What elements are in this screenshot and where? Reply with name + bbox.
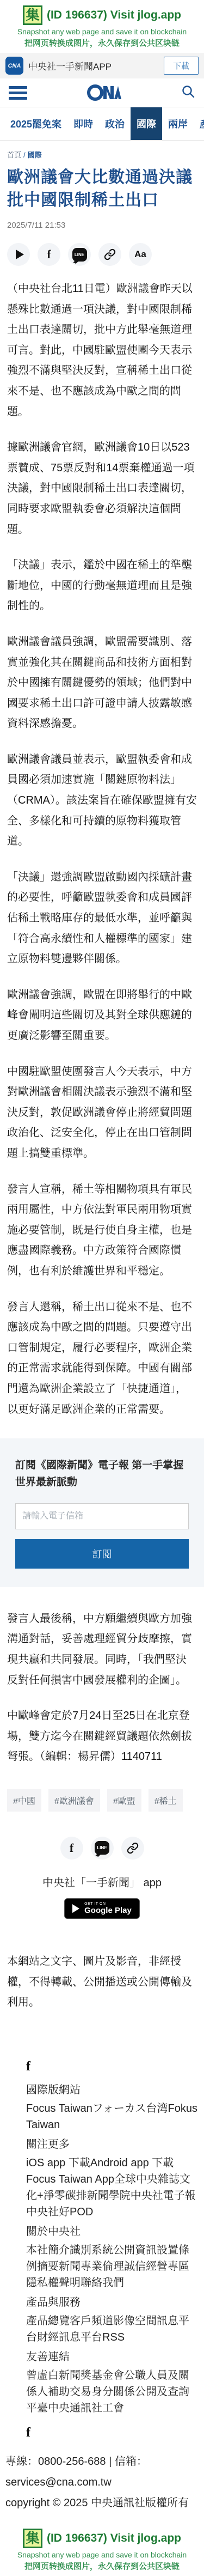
footer-section-title: 關注更多 bbox=[26, 2136, 199, 2153]
footer-link[interactable]: iOS app 下載 bbox=[26, 2157, 90, 2169]
footer-link[interactable]: Focus Taiwan bbox=[26, 2103, 92, 2115]
article-paragraph: 發言人最後稱，中方願繼續與歐方加強溝通對話，妥善處理經貿分歧摩擦，實現共贏和共同… bbox=[7, 1609, 197, 1691]
breadcrumb: 首頁/國際 bbox=[0, 141, 204, 160]
facebook-icon: f bbox=[70, 1841, 73, 1855]
newsletter-title: 訂閱《國際新聞》電子報 第一手掌握世界最新脈動 bbox=[15, 1457, 189, 1491]
nav-item-business[interactable]: 產經 bbox=[194, 107, 204, 140]
nav-item-crossstrait[interactable]: 兩岸 bbox=[162, 107, 194, 140]
article-paragraph: （中央社台北11日電）歐洲議會昨天以懸殊比數通過一項決議，對中國限制稀土出口表達… bbox=[7, 279, 197, 422]
footer-section-title: 關於中央社 bbox=[26, 2223, 199, 2240]
footer-link[interactable]: 產品總覽 bbox=[26, 2315, 70, 2327]
facebook-share-button[interactable]: f bbox=[38, 243, 60, 266]
footer-link[interactable]: 中央社好POD bbox=[26, 2206, 93, 2218]
article-paragraph: 歐洲議會議員並表示，歐盟執委會和成員國必須加速實施「關鍵原物料法」（CRMA）。… bbox=[7, 750, 197, 852]
footer-contact: 專線：0800-256-688 | 信箱： services@cna.com.t… bbox=[5, 2453, 199, 2511]
copy-link-button[interactable] bbox=[98, 243, 121, 266]
footer-link[interactable]: 曾虛白新聞獎基金會 bbox=[26, 2370, 124, 2381]
snapshot-banner-bottom: 集 (ID 196637) Visit jlog.app Snapshot an… bbox=[0, 2523, 204, 2576]
facebook-icon[interactable]: f bbox=[26, 2423, 30, 2443]
app-download-button[interactable]: 下載 bbox=[164, 57, 199, 75]
font-size-icon: Aa bbox=[134, 249, 146, 260]
listen-button[interactable] bbox=[7, 243, 30, 266]
app-bar-label: 中央社一手新聞APP bbox=[28, 59, 112, 72]
tag-rare-earth[interactable]: #稀土 bbox=[149, 1789, 183, 1812]
link-icon bbox=[104, 248, 116, 260]
article-body: （中央社台北11日電）歐洲議會昨天以懸殊比數通過一項決議，對中國限制稀土出口表達… bbox=[0, 279, 204, 1767]
nav-item-international[interactable]: 國際 bbox=[131, 107, 162, 140]
footer-link[interactable]: 誠信經營專區 bbox=[124, 2261, 189, 2273]
facebook-icon: f bbox=[47, 247, 51, 262]
snapshot-tagline-en: Snapshot any web page and save it on blo… bbox=[3, 27, 201, 36]
article-paragraph: 「決議」還強調歐盟啟動國內採礦計畫的必要性，呼籲歐盟執委會和成員國評估稀土戰略庫… bbox=[7, 867, 197, 970]
article-paragraph: 歐洲議會議員強調，歐盟需要識別、落實並強化其在關鍵商品和技術方面相對於中國擁有關… bbox=[7, 632, 197, 734]
footer-copyright: copyright © 2025 中央通訊社版權所有 bbox=[5, 2495, 199, 2511]
tag-eu[interactable]: #歐盟 bbox=[107, 1789, 141, 1812]
breadcrumb-separator: / bbox=[23, 151, 26, 159]
footer-link[interactable]: 識別系統 bbox=[70, 2244, 113, 2256]
menu-icon[interactable] bbox=[9, 86, 27, 100]
footer-link[interactable]: Android app 下載 bbox=[90, 2157, 174, 2169]
snapshot-banner-top: 集 (ID 196637) Visit jlog.app Snapshot an… bbox=[0, 0, 204, 53]
breadcrumb-home[interactable]: 首頁 bbox=[7, 151, 21, 159]
google-play-badge-bottom: Google Play bbox=[84, 1906, 132, 1915]
footer-email-link[interactable]: services@cna.com.tw bbox=[5, 2476, 112, 2488]
footer-link[interactable]: 隱私權聲明 bbox=[26, 2277, 81, 2289]
footer-hotline: 專線：0800-256-688 | 信箱： bbox=[5, 2453, 199, 2470]
footer-link[interactable]: 中央社電子報 bbox=[131, 2190, 196, 2202]
font-size-button[interactable]: Aa bbox=[129, 243, 152, 266]
footer-link-run: 本社簡介識別系統公開資訊設置條例摘要新聞專業倫理誠信經營專區隱私權聲明聯絡我們 bbox=[26, 2242, 199, 2291]
google-play-badge-top: GET IT ON bbox=[84, 1902, 132, 1906]
line-icon: LINE bbox=[72, 248, 87, 262]
footer-link[interactable]: 財經訊息平台 bbox=[37, 2331, 102, 2343]
article-paragraph: 發言人還稱，稀土出口從來不是、也不應該成為中歐之間的問題。只要遵守出口管制規定，… bbox=[7, 1297, 197, 1420]
search-icon[interactable] bbox=[181, 84, 195, 101]
line-icon: LINE bbox=[95, 1841, 109, 1855]
footer-section-title: 友善連結 bbox=[26, 2349, 199, 2365]
facebook-icon[interactable]: f bbox=[26, 2057, 30, 2076]
site-header bbox=[0, 78, 204, 107]
line-share-button[interactable]: LINE bbox=[68, 243, 91, 266]
nav-item-instant[interactable]: 即時 bbox=[67, 107, 99, 140]
article-paragraph: 中歐峰會定於7月24日至25日在北京登場，雙方迄今在關鍵經貿議題依然劍拔弩張。（… bbox=[7, 1706, 197, 1767]
cna-logo[interactable] bbox=[87, 83, 122, 102]
article-paragraph: 「決議」表示，鑑於中國在稀土的準壟斷地位，中國的行動毫無道理而且是強制性的。 bbox=[7, 555, 197, 617]
footer-link[interactable]: 淨零碳排 bbox=[44, 2190, 87, 2202]
play-icon bbox=[16, 250, 24, 259]
article-date: 2025/7/11 21:53 bbox=[7, 221, 197, 230]
footer-link[interactable]: 中央通訊社工會 bbox=[48, 2402, 124, 2414]
page-title: 歐洲議會大比數通過決議批中國限制稀土出口 bbox=[7, 166, 197, 212]
main-nav: 2025罷免案 即時 政治 國際 兩岸 產經 bbox=[0, 107, 204, 141]
snapshot-tagline-en: Snapshot any web page and save it on blo… bbox=[3, 2550, 201, 2559]
footer-link-run: iOS app 下載Android app 下載Focus Taiwan App… bbox=[26, 2155, 199, 2220]
footer-link[interactable]: 公開資訊 bbox=[113, 2244, 157, 2256]
google-play-badge[interactable]: GET IT ON Google Play bbox=[64, 1898, 140, 1919]
snapshot-tagline-zh: 把网页转换成图片，永久保存到公共区块链 bbox=[3, 37, 201, 48]
jlog-icon: 集 bbox=[23, 2529, 42, 2548]
jlog-link[interactable]: (ID 196637) Visit jlog.app bbox=[47, 9, 181, 22]
footer-link-run: 產品總覽客戶頻道影像空間訊息平台財經訊息平台RSS bbox=[26, 2313, 199, 2346]
footer-link[interactable]: 新聞學院 bbox=[87, 2190, 131, 2202]
share-toolbar: f LINE Aa bbox=[7, 243, 197, 266]
nav-item-recall2025[interactable]: 2025罷免案 bbox=[4, 107, 67, 140]
article-paragraph: 中國駐歐盟使團發言人今天表示，中方對歐洲議會相關決議表示強烈不滿和堅決反對，敦促… bbox=[7, 1062, 197, 1164]
article-paragraph: 歐洲議會強調，歐盟在即將舉行的中歐峰會闡明這些關切及其對全球供應鏈的更廣泛影響至… bbox=[7, 985, 197, 1047]
share-toolbar-bottom: f LINE bbox=[0, 1837, 204, 1860]
footer-link[interactable]: Focus Taiwan App bbox=[26, 2173, 114, 2185]
tag-list: #中國 #歐洲議會 #歐盟 #稀土 bbox=[7, 1789, 197, 1812]
copyright-notice: 本網站之文字、圖片及影音，非經授權，不得轉載、公開播送或公開傳輸及利用。 bbox=[7, 1952, 197, 2013]
snapshot-tagline-zh: 把网页转换成图片，永久保存到公共区块链 bbox=[3, 2560, 201, 2572]
footer-link[interactable]: 影像空間 bbox=[113, 2315, 157, 2327]
cna-logo-graphic bbox=[87, 83, 122, 102]
footer-section-title: 產品與服務 bbox=[26, 2294, 199, 2311]
line-share-button[interactable]: LINE bbox=[91, 1837, 114, 1860]
footer-link[interactable]: 聯絡我們 bbox=[81, 2277, 124, 2289]
footer-section-title: 國際版網站 bbox=[26, 2082, 199, 2098]
nav-item-politics[interactable]: 政治 bbox=[99, 107, 131, 140]
footer-link[interactable]: 全球中央雜誌 bbox=[114, 2173, 180, 2185]
footer: f 國際版網站 Focus Taiwanフォーカス台湾Fokus Taiwan … bbox=[0, 2038, 204, 2523]
email-field[interactable] bbox=[15, 1503, 189, 1529]
copy-link-button[interactable] bbox=[121, 1837, 144, 1860]
app-promo: 中央社「一手新聞」 app GET IT ON Google Play bbox=[0, 1874, 204, 1919]
app-promo-title: 中央社「一手新聞」 app bbox=[0, 1874, 204, 1890]
link-icon bbox=[127, 1842, 139, 1854]
article-paragraph: 發言人宣稱，稀土等相關物項具有軍民兩用屬性，中方依法對軍民兩用物項實施必要管制，… bbox=[7, 1180, 197, 1282]
breadcrumb-section[interactable]: 國際 bbox=[28, 151, 42, 159]
footer-links: f 國際版網站 Focus Taiwanフォーカス台湾Fokus Taiwan … bbox=[5, 2053, 199, 2446]
footer-link[interactable]: 客戶頻道 bbox=[70, 2315, 113, 2327]
article-paragraph: 據歐洲議會官網，歐洲議會10日以523票贊成、75票反對和14票棄權通過一項決議… bbox=[7, 438, 197, 540]
tag-european-parliament[interactable]: #歐洲議會 bbox=[48, 1789, 100, 1812]
footer-link-run: Focus Taiwanフォーカス台湾Fokus Taiwan bbox=[26, 2100, 199, 2133]
footer-link[interactable]: 本社簡介 bbox=[26, 2244, 70, 2256]
newsletter-box: 訂閱《國際新聞》電子報 第一手掌握世界最新脈動 訂閱 bbox=[0, 1438, 204, 1587]
tag-china[interactable]: #中國 bbox=[7, 1789, 41, 1812]
subscribe-button[interactable]: 訂閱 bbox=[15, 1539, 189, 1569]
app-download-bar: CNA 中央社一手新聞APP 下載 bbox=[0, 53, 204, 78]
jlog-icon: 集 bbox=[23, 5, 42, 25]
google-play-icon bbox=[72, 1904, 79, 1913]
facebook-share-button[interactable]: f bbox=[60, 1837, 83, 1860]
jlog-link[interactable]: (ID 196637) Visit jlog.app bbox=[47, 2532, 181, 2545]
footer-link[interactable]: RSS bbox=[102, 2331, 125, 2343]
cna-app-icon: CNA bbox=[5, 57, 23, 75]
footer-link-run: 曾虛白新聞獎基金會公職人員及關係人補助交易身分關係公開及查詢平臺中央通訊社工會 bbox=[26, 2367, 199, 2416]
footer-link[interactable]: フォーカス台湾 bbox=[92, 2103, 168, 2115]
footer-link[interactable]: 新聞專業倫理 bbox=[59, 2261, 124, 2273]
